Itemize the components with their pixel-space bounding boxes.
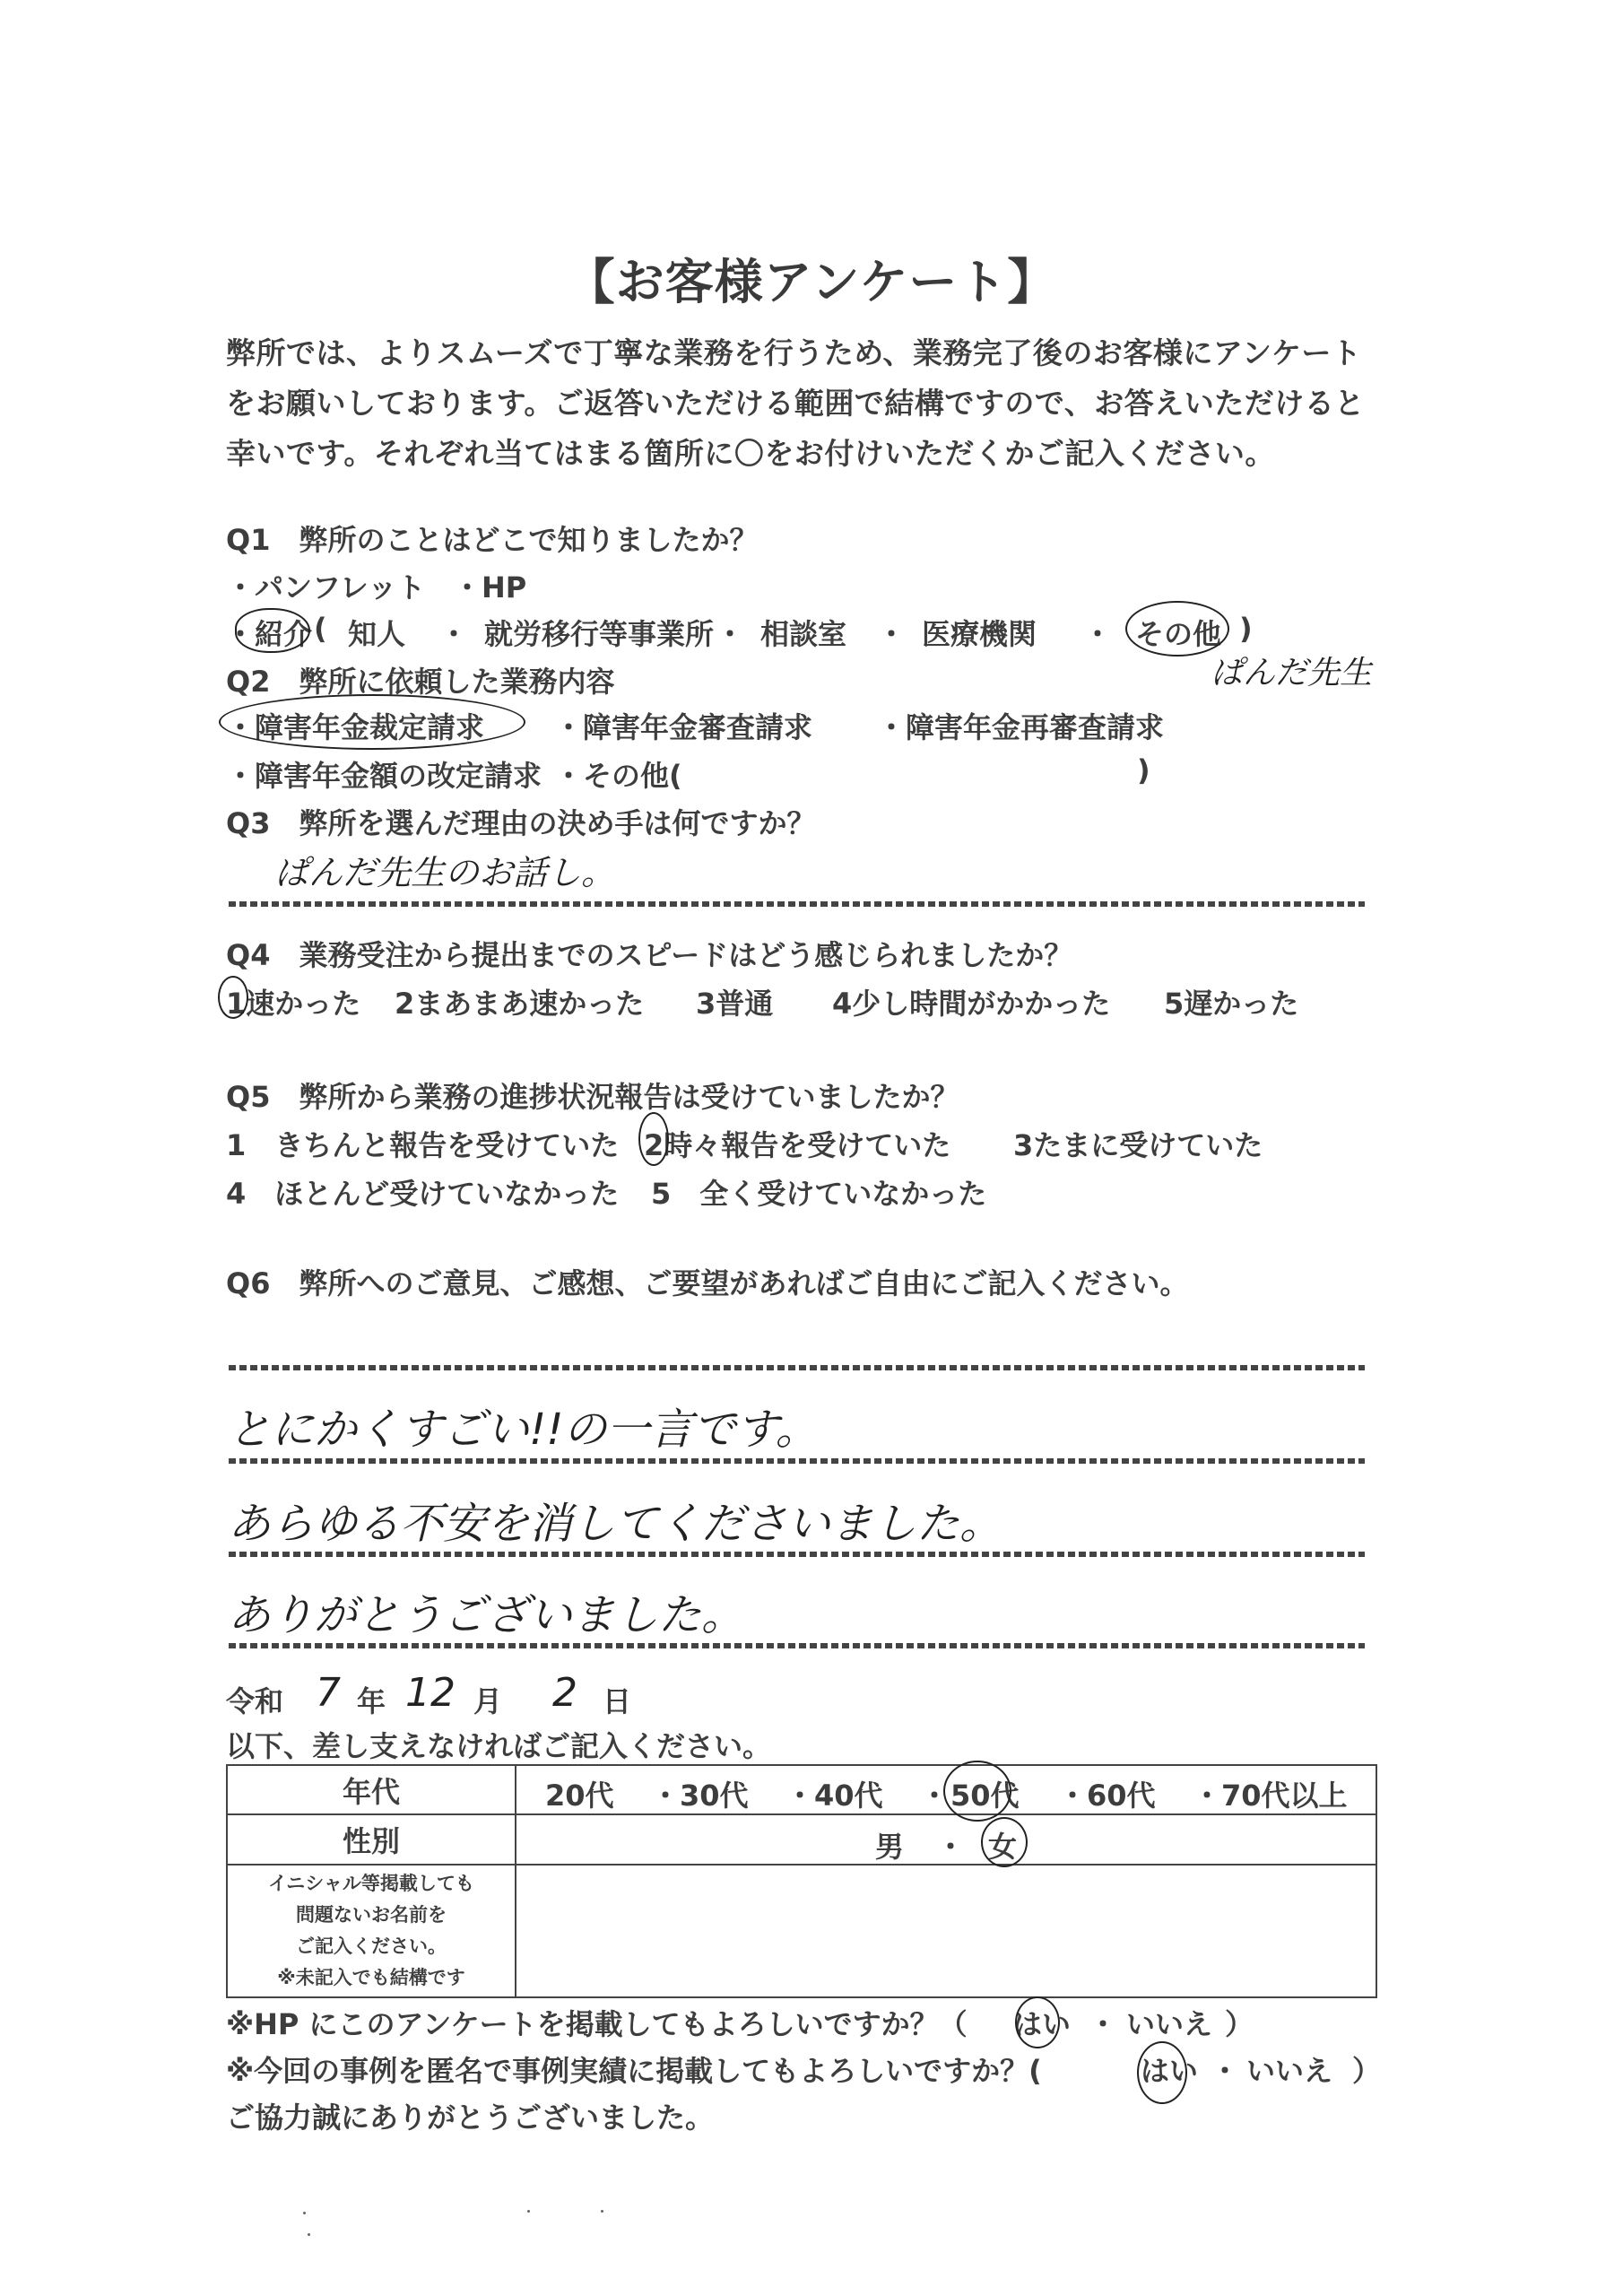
q5-option-never[interactable]: 5 全く受けていなかった bbox=[651, 1171, 986, 1213]
selection-circle bbox=[1137, 2041, 1187, 2104]
separator: ・ bbox=[716, 612, 744, 653]
separator: ・ bbox=[651, 1773, 680, 1814]
intro-line: をお願いしております。ご返答いただける範囲で結構ですので、お答えいただけると bbox=[226, 380, 1365, 422]
q1-referral-employment-office[interactable]: 就労移行等事業所 bbox=[484, 612, 714, 653]
q2-question: Q2 弊所に依頼した業務内容 bbox=[226, 659, 614, 700]
date-era: 令和 bbox=[226, 1679, 283, 1720]
q6-answer-line-3[interactable]: ありがとうございました。 bbox=[228, 1580, 744, 1642]
q5-option-rarely[interactable]: 4 ほとんど受けていなかった bbox=[226, 1171, 619, 1213]
intro-line: 幸いです。それぞれ当てはまる箇所に〇をお付けいただくかご記入ください。 bbox=[226, 430, 1275, 473]
name-label-line: 問題ないお名前を bbox=[228, 1900, 515, 1931]
separator: ・ bbox=[1089, 2002, 1117, 2043]
q6-answer-line-2[interactable]: あらゆる不安を消してくださいました。 bbox=[228, 1489, 1002, 1551]
scan-speck bbox=[303, 2212, 306, 2214]
paren-close: ） bbox=[1352, 2048, 1381, 2090]
q5-option-sometimes[interactable]: 2時々報告を受けていた bbox=[644, 1123, 950, 1164]
name-label-line: イニシャル等掲載しても bbox=[228, 1868, 515, 1900]
q2-option-re-review-request[interactable]: ・障害年金再審査請求 bbox=[877, 705, 1164, 746]
selection-circle bbox=[218, 976, 248, 1019]
answer-line bbox=[229, 1643, 1365, 1648]
paren-close: ) bbox=[1239, 612, 1253, 646]
name-label-line: ご記入ください。 bbox=[228, 1931, 515, 1962]
age-option-60s[interactable]: 60代 bbox=[1087, 1773, 1156, 1814]
q1-option-hp[interactable]: ・HP bbox=[453, 565, 526, 606]
q1-referral-medical[interactable]: 医療機関 bbox=[922, 612, 1037, 653]
q2-option-other[interactable]: ・その他( bbox=[554, 753, 682, 795]
q2-other-input[interactable] bbox=[726, 755, 1121, 787]
q6-question: Q6 弊所へのご意見、ご感想、ご要望があればご自由にご記入ください。 bbox=[226, 1261, 1188, 1302]
separator: ・ bbox=[1211, 2048, 1239, 2090]
q1-referral-consultation-room[interactable]: 相談室 bbox=[760, 612, 846, 653]
answer-line bbox=[229, 1552, 1365, 1557]
date-year-unit: 年 bbox=[357, 1679, 386, 1720]
age-option-40s[interactable]: 40代 bbox=[814, 1773, 883, 1814]
age-option-70s-plus[interactable]: 70代以上 bbox=[1221, 1773, 1348, 1814]
q5-question: Q5 弊所から業務の進捗状況報告は受けていましたか？ bbox=[226, 1074, 959, 1116]
separator: ・ bbox=[877, 612, 906, 653]
consent-hp-no[interactable]: いいえ bbox=[1126, 2002, 1212, 2043]
q4-option-slow[interactable]: 5遅かった bbox=[1164, 981, 1298, 1022]
gender-label: 性別 bbox=[227, 1814, 516, 1865]
paren-close: ) bbox=[1137, 753, 1150, 787]
age-label: 年代 bbox=[227, 1765, 516, 1814]
table-row-name: イニシャル等掲載しても 問題ないお名前を ご記入ください。 ※未記入でも結構です bbox=[227, 1865, 1376, 1997]
table-row-age: 年代 20代 ・ 30代 ・ 40代 ・ 50代 ・ 60代 ・ 70代以上 bbox=[227, 1765, 1376, 1814]
page-title: 【お客様アンケート】 bbox=[0, 244, 1623, 313]
separator: ・ bbox=[1058, 1773, 1087, 1814]
scan-speck bbox=[601, 2210, 603, 2213]
scan-speck bbox=[527, 2210, 530, 2213]
age-option-30s[interactable]: 30代 bbox=[680, 1773, 749, 1814]
optional-note: 以下、差し支えなければご記入ください。 bbox=[226, 1724, 771, 1765]
selection-circle bbox=[981, 1817, 1028, 1867]
selection-circle bbox=[1015, 1996, 1060, 2048]
selection-circle bbox=[638, 1112, 669, 1166]
separator: ・ bbox=[936, 1824, 965, 1865]
closing-message: ご協力誠にありがとうございました。 bbox=[226, 2095, 714, 2136]
date-year[interactable]: 7 bbox=[316, 1670, 341, 1716]
selection-circle bbox=[219, 694, 525, 750]
q2-option-amount-revision[interactable]: ・障害年金額の改定請求 bbox=[226, 753, 542, 795]
selection-circle bbox=[235, 608, 310, 653]
gender-options: 男 ・ 女 bbox=[516, 1814, 1376, 1865]
q4-option-normal[interactable]: 3普通 bbox=[696, 981, 773, 1022]
separator: ・ bbox=[1083, 612, 1112, 653]
selection-circle bbox=[943, 1761, 1011, 1822]
q1-question: Q1 弊所のことはどこで知りましたか？ bbox=[226, 517, 758, 559]
name-label: イニシャル等掲載しても 問題ないお名前を ご記入ください。 ※未記入でも結構です bbox=[227, 1865, 516, 1997]
separator: ・ bbox=[785, 1773, 814, 1814]
age-option-20s[interactable]: 20代 bbox=[545, 1773, 614, 1814]
q6-answer-line-1[interactable]: とにかくすごい!!の一言です。 bbox=[228, 1395, 819, 1457]
scan-speck bbox=[308, 2233, 310, 2236]
paren-close: ） bbox=[1225, 2002, 1254, 2043]
separator: ・ bbox=[1193, 1773, 1221, 1814]
consent-case-no[interactable]: いいえ bbox=[1246, 2048, 1332, 2090]
paren-open: ( bbox=[314, 612, 327, 646]
q4-option-slightly-slow[interactable]: 4少し時間がかかった bbox=[832, 981, 1110, 1022]
q5-option-occasionally[interactable]: 3たまに受けていた bbox=[1013, 1123, 1263, 1164]
date-day[interactable]: 2 bbox=[552, 1670, 577, 1716]
q4-question: Q4 業務受注から提出までのスピードはどう感じられましたか？ bbox=[226, 933, 1072, 974]
q1-referral-acquaintance[interactable]: 知人 bbox=[348, 612, 405, 653]
date-month[interactable]: 12 bbox=[405, 1670, 456, 1716]
date-month-unit: 月 bbox=[473, 1679, 502, 1720]
q1-option-pamphlet[interactable]: ・パンフレット bbox=[226, 565, 425, 606]
name-label-line: ※未記入でも結構です bbox=[228, 1962, 515, 1994]
table-row-gender: 性別 男 ・ 女 bbox=[227, 1814, 1376, 1865]
q3-answer-handwritten[interactable]: ぱんだ先生のお話し。 bbox=[274, 845, 615, 894]
q4-option-fairly-fast[interactable]: 2まあまあ速かった bbox=[395, 981, 644, 1022]
intro-line: 弊所では、よりスムーズで丁寧な業務を行うため、業務完了後のお客様にアンケート bbox=[226, 330, 1361, 372]
q2-option-review-request[interactable]: ・障害年金審査請求 bbox=[554, 705, 812, 746]
q1-other-handwritten: ぱんだ先生 bbox=[1211, 648, 1372, 693]
date-day-unit: 日 bbox=[603, 1679, 631, 1720]
answer-line bbox=[229, 901, 1365, 907]
consent-case-question: ※今回の事例を匿名で事例実績に掲載してもよろしいですか？( bbox=[226, 2048, 1042, 2090]
respondent-info-table: 年代 20代 ・ 30代 ・ 40代 ・ 50代 ・ 60代 ・ 70代以上 性… bbox=[226, 1764, 1377, 1998]
name-input[interactable] bbox=[516, 1865, 1376, 1997]
age-options: 20代 ・ 30代 ・ 40代 ・ 50代 ・ 60代 ・ 70代以上 bbox=[516, 1765, 1376, 1814]
q5-option-always[interactable]: 1 きちんと報告を受けていた bbox=[226, 1123, 619, 1164]
consent-hp-question: ※HP にこのアンケートを掲載してもよろしいですか？（ bbox=[226, 2002, 968, 2043]
answer-line bbox=[229, 1458, 1365, 1464]
gender-option-male[interactable]: 男 bbox=[875, 1824, 904, 1865]
separator: ・ bbox=[439, 612, 468, 653]
q3-question: Q3 弊所を選んだ理由の決め手は何ですか？ bbox=[226, 801, 815, 842]
answer-line bbox=[229, 1365, 1365, 1370]
